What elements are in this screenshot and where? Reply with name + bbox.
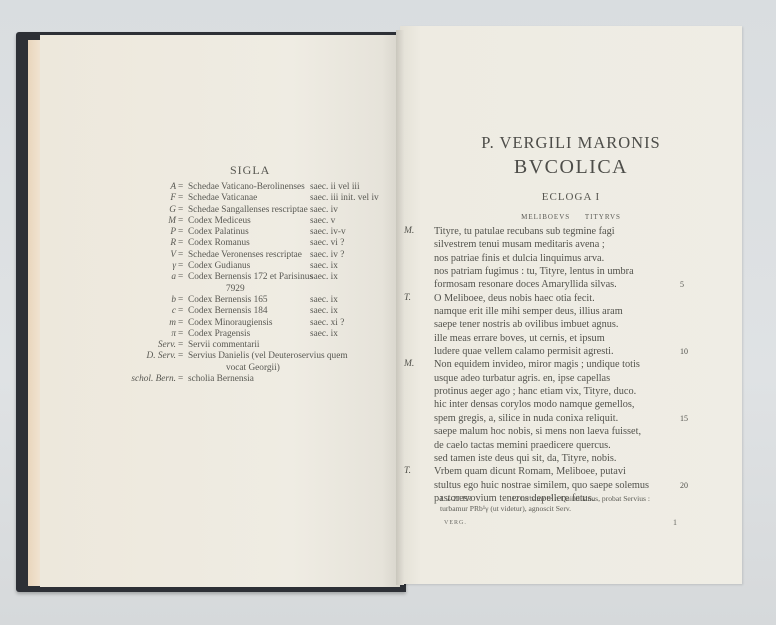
sigla-row: A=Schedae Vaticano-Berolinensessaec. ii … (120, 182, 380, 193)
siglum-description: Codex Palatinus (188, 227, 249, 238)
line-number: 10 (680, 345, 688, 358)
verse-line: namque erit ille mihi semper deus, illiu… (434, 305, 704, 318)
verse-speaker: T. (404, 465, 411, 478)
sigla-list: A=Schedae Vaticano-Berolinensessaec. ii … (120, 182, 380, 385)
sigla-row: Serv.=Servii commentarii (120, 340, 380, 351)
equals-sign: = (178, 340, 183, 351)
verse-block: M.Tityre, tu patulae recubans sub tegmin… (434, 225, 704, 505)
sigla-row-continuation: vocat Georgii) (120, 363, 380, 374)
siglum-description: Schedae Vaticano-Berolinenses (188, 182, 305, 193)
verse-line: stultus ego huic nostrae similem, quo sa… (434, 479, 704, 492)
siglum: b (171, 295, 176, 306)
siglum: schol. Bern. (131, 374, 176, 385)
siglum-description-continuation: vocat Georgii) (226, 363, 280, 374)
equals-sign: = (178, 306, 183, 317)
verse-text: O Meliboee, deus nobis haec otia fecit. (434, 292, 595, 305)
verse-line: silvestrem tenui musam meditaris avena ; (434, 238, 704, 251)
verse-line: sed tamen iste deus qui sit, da, Tityre,… (434, 452, 704, 465)
author-title: P. VERGILI MARONIS (400, 133, 742, 153)
sigla-row: V=Schedae Veronenses rescriptaesaec. iv … (120, 250, 380, 261)
verse-text: spem gregis, a, silice in nuda conixa re… (434, 412, 618, 425)
sigla-row: M=Codex Mediceussaec. v (120, 216, 380, 227)
sigla-heading: SIGLA (230, 163, 270, 178)
equals-sign: = (178, 182, 183, 193)
siglum: m (169, 318, 176, 329)
siglum: a (171, 272, 176, 283)
equals-sign: = (178, 238, 183, 249)
verse-text: de caelo tactas memini praedicere quercu… (434, 439, 611, 452)
siglum: F (170, 193, 176, 204)
verse-text: ille meas errare boves, ut cernis, et ip… (434, 332, 605, 345)
sigla-row: schol. Bern.=scholia Bernensia (120, 374, 380, 385)
siglum-date: saec. iv ? (310, 250, 344, 261)
speaker-tityrus: TITYRVS (585, 213, 621, 221)
equals-sign: = (178, 295, 183, 306)
verse-speaker: T. (404, 292, 411, 305)
verse-line: ille meas errare boves, ut cernis, et ip… (434, 332, 704, 345)
sigla-row: a=Codex Bernensis 172 et Parisinussaec. … (120, 272, 380, 283)
siglum-date: saec. iii init. vel iv (310, 193, 379, 204)
siglum-description: Codex Bernensis 184 (188, 306, 268, 317)
verse-line: usque adeo turbatur agris. en, ipse cape… (434, 372, 704, 385)
verse-line: saepe malum hoc nobis, si mens non laeva… (434, 425, 704, 438)
siglum-description: Schedae Vaticanae (188, 193, 257, 204)
siglum-date: saec. xi ? (310, 318, 344, 329)
equals-sign: = (178, 351, 183, 362)
verse-line: nos patriae finis et dulcia linquimus ar… (434, 252, 704, 265)
siglum-date: saec. ix (310, 306, 338, 317)
line-number: 20 (680, 479, 688, 492)
line-number: 5 (680, 278, 684, 291)
siglum: V (170, 250, 176, 261)
footnote-line1-a: I. 1-21 PR (440, 494, 471, 503)
footnote-line2: turbamur PRb¹γ (ut videtur), agnoscit Se… (440, 504, 705, 514)
siglum: M (168, 216, 176, 227)
verse-text: stultus ego huic nostrae similem, quo sa… (434, 479, 649, 492)
siglum-date: saec. ix (310, 329, 338, 340)
siglum-date: saec. ii vel iii (310, 182, 360, 193)
siglum-date: saec. iv (310, 205, 338, 216)
verse-line: T.O Meliboee, deus nobis haec otia fecit… (434, 292, 704, 305)
sigla-row: γ=Codex Gudianussaec. ix (120, 261, 380, 272)
verse-text: silvestrem tenui musam meditaris avena ; (434, 238, 605, 251)
verse-line: spem gregis, a, silice in nuda conixa re… (434, 412, 704, 425)
equals-sign: = (178, 227, 183, 238)
verse-line: ludere quae vellem calamo permisit agres… (434, 345, 704, 358)
verse-text: nos patriae finis et dulcia linquimus ar… (434, 252, 604, 265)
speakers-line: MELIBOEVS TITYRVS (400, 213, 742, 221)
siglum-date: saec. ix (310, 295, 338, 306)
verse-text: hic inter densas corylos modo namque gem… (434, 398, 634, 411)
siglum: π (171, 329, 176, 340)
verse-text: saepe malum hoc nobis, si mens non laeva… (434, 425, 641, 438)
sigla-row: P=Codex Palatinussaec. iv-v (120, 227, 380, 238)
verse-text: Tityre, tu patulae recubans sub tegmine … (434, 225, 615, 238)
sigla-row: D. Serv.=Servius Danielis (vel Deuterose… (120, 351, 380, 362)
siglum: Serv. (158, 340, 176, 351)
verse-line: protinus aeger ago ; hanc etiam vix, Tit… (434, 385, 704, 398)
speaker-meliboeus: MELIBOEVS (521, 213, 570, 221)
verse-text: protinus aeger ago ; hanc etiam vix, Tit… (434, 385, 636, 398)
verse-text: sed tamen iste deus qui sit, da, Tityre,… (434, 452, 616, 465)
equals-sign: = (178, 329, 183, 340)
siglum: D. Serv. (146, 351, 176, 362)
verse-line: T.Vrbem quam dicunt Romam, Meliboee, put… (434, 465, 704, 478)
equals-sign: = (178, 216, 183, 227)
siglum-description: Codex Romanus (188, 238, 250, 249)
footnote-line1-b: 12 turbatur b² π Quintilianus, probat Se… (511, 494, 650, 503)
verse-line: M.Non equidem invideo, miror magis ; und… (434, 358, 704, 371)
verse-text: Vrbem quam dicunt Romam, Meliboee, putav… (434, 465, 626, 478)
siglum-description-continuation: 7929 (226, 284, 245, 295)
apparatus-footnote: I. 1-21 PR12 turbatur b² π Quintilianus,… (440, 494, 705, 513)
equals-sign: = (178, 261, 183, 272)
verse-line: nos patriam fugimus : tu, Tityre, lentus… (434, 265, 704, 278)
verse-line: saepe tener nostris ab ovilibus imbuet a… (434, 318, 704, 331)
work-title: BVCOLICA (400, 156, 742, 179)
siglum-description: Codex Gudianus (188, 261, 250, 272)
siglum-description: Schedae Veronenses rescriptae (188, 250, 302, 261)
siglum: R (170, 238, 176, 249)
verse-line: M.Tityre, tu patulae recubans sub tegmin… (434, 225, 704, 238)
sigla-row: F=Schedae Vaticanaesaec. iii init. vel i… (120, 193, 380, 204)
verse-text: usque adeo turbatur agris. en, ipse cape… (434, 372, 610, 385)
verse-line: de caelo tactas memini praedicere quercu… (434, 439, 704, 452)
verse-text: ludere quae vellem calamo permisit agres… (434, 345, 614, 358)
siglum-date: saec. vi ? (310, 238, 344, 249)
siglum-description: scholia Bernensia (188, 374, 254, 385)
sigla-row: R=Codex Romanussaec. vi ? (120, 238, 380, 249)
page-number: 1 (673, 518, 677, 527)
verse-line: hic inter densas corylos modo namque gem… (434, 398, 704, 411)
siglum-description: Codex Minoraugiensis (188, 318, 272, 329)
sigla-row: m=Codex Minoraugiensissaec. xi ? (120, 318, 380, 329)
eclogue-heading: ECLOGA I (400, 191, 742, 203)
siglum-date: saec. v (310, 216, 335, 227)
siglum-description: Servii commentarii (188, 340, 260, 351)
verse-text: Non equidem invideo, miror magis ; undiq… (434, 358, 640, 371)
equals-sign: = (178, 272, 183, 283)
verse-text: nos patriam fugimus : tu, Tityre, lentus… (434, 265, 634, 278)
signature-mark: VERG. (444, 520, 467, 526)
siglum-description: Codex Bernensis 165 (188, 295, 268, 306)
verse-speaker: M. (404, 225, 414, 238)
book-gutter (396, 30, 404, 585)
sigla-row: c=Codex Bernensis 184saec. ix (120, 306, 380, 317)
siglum-description: Schedae Sangallenses rescriptae (188, 205, 308, 216)
equals-sign: = (178, 374, 183, 385)
siglum-date: saec. ix (310, 261, 338, 272)
verse-text: saepe tener nostris ab ovilibus imbuet a… (434, 318, 618, 331)
sigla-row: b=Codex Bernensis 165saec. ix (120, 295, 380, 306)
siglum-description: Codex Pragensis (188, 329, 250, 340)
equals-sign: = (178, 205, 183, 216)
sigla-row: G=Schedae Sangallenses rescriptaesaec. i… (120, 205, 380, 216)
siglum: A (170, 182, 176, 193)
siglum: G (169, 205, 176, 216)
line-number: 15 (680, 412, 688, 425)
sigla-row: π=Codex Pragensissaec. ix (120, 329, 380, 340)
verse-speaker: M. (404, 358, 414, 371)
sigla-row-continuation: 7929 (120, 284, 380, 295)
siglum: P (170, 227, 176, 238)
verse-text: namque erit ille mihi semper deus, illiu… (434, 305, 623, 318)
siglum-date: saec. ix (310, 272, 338, 283)
siglum: c (172, 306, 176, 317)
siglum-description: Codex Mediceus (188, 216, 251, 227)
equals-sign: = (178, 318, 183, 329)
siglum-description: Servius Danielis (vel Deuteroservius que… (188, 351, 348, 362)
equals-sign: = (178, 250, 183, 261)
verse-line: formosam resonare doces Amaryllida silva… (434, 278, 704, 291)
siglum: γ (172, 261, 176, 272)
siglum-description: Codex Bernensis 172 et Parisinus (188, 272, 313, 283)
siglum-date: saec. iv-v (310, 227, 346, 238)
verse-text: formosam resonare doces Amaryllida silva… (434, 278, 617, 291)
equals-sign: = (178, 193, 183, 204)
